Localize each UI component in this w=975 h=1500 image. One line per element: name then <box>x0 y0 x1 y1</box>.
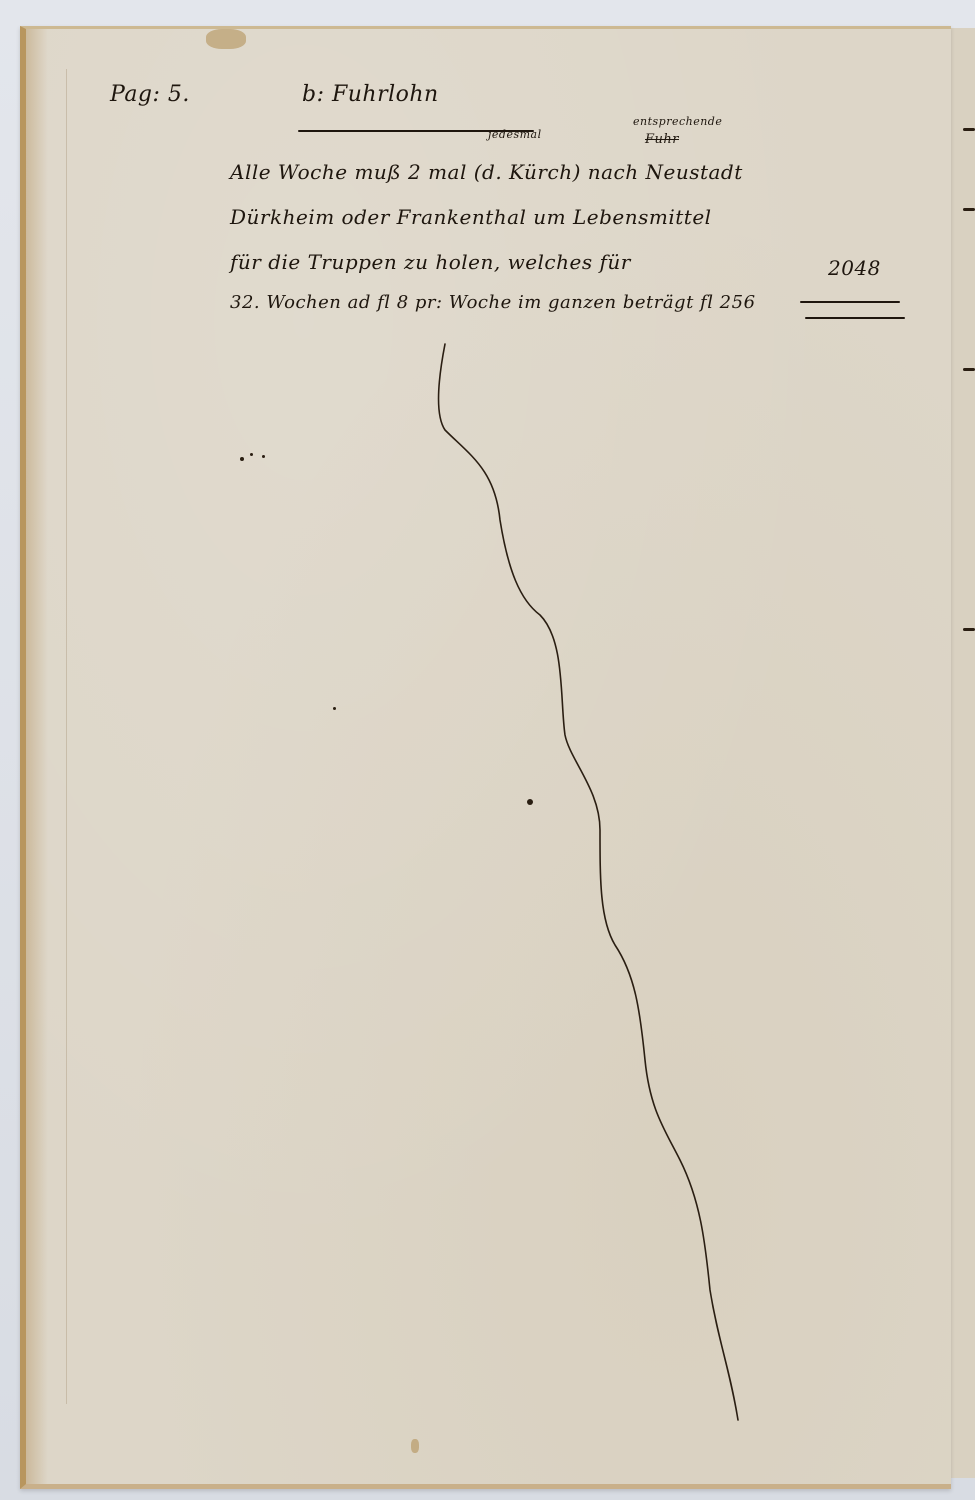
wavy-cancellation-line <box>0 0 975 1500</box>
